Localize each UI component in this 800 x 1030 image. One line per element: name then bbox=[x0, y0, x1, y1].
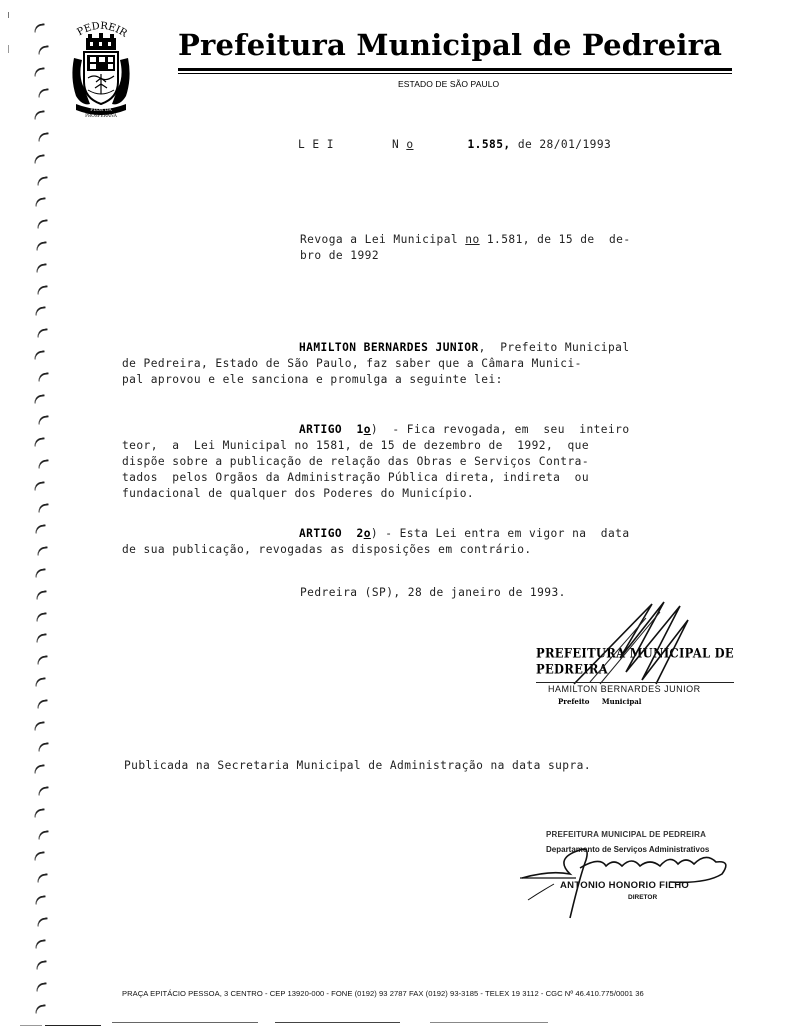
footer-rule bbox=[20, 1025, 42, 1026]
binder-mark bbox=[37, 503, 49, 512]
punch-dot bbox=[8, 45, 9, 53]
publication-note: Publicada na Secretaria Municipal de Adm… bbox=[124, 758, 591, 774]
binder-mark bbox=[36, 219, 48, 228]
footer-address: PRAÇA EPITÁCIO PESSOA, 3 CENTRO - CEP 13… bbox=[122, 989, 644, 998]
article-1-line: tados pelos Orgãos da Administração Públ… bbox=[122, 471, 589, 484]
binder-mark bbox=[35, 307, 47, 316]
preamble-line3: pal aprovou e ele sanciona e promulga a … bbox=[122, 373, 503, 386]
article-2: ARTIGO 2o) - Esta Lei entra em vigor na … bbox=[122, 526, 630, 558]
mayor-signature-scribble bbox=[560, 598, 700, 688]
footer-rule bbox=[112, 1022, 258, 1023]
law-number-label: N bbox=[392, 138, 399, 151]
binder-mark bbox=[34, 350, 46, 359]
binder-mark bbox=[37, 176, 49, 185]
binder-mark bbox=[35, 198, 47, 207]
binder-mark bbox=[36, 285, 48, 294]
punch-dot bbox=[8, 12, 9, 18]
article-1-ordinal: o bbox=[364, 423, 371, 436]
footer-rule bbox=[430, 1022, 548, 1023]
article-2-line1: ) - Esta Lei entra em vigor na data bbox=[371, 527, 630, 540]
binder-mark bbox=[35, 568, 47, 577]
binder-mark bbox=[37, 830, 49, 839]
binder-mark bbox=[33, 67, 45, 76]
director-printed-name: ANTONIO HONORIO FILHO bbox=[560, 880, 689, 891]
article-1-number: 1 bbox=[357, 423, 364, 436]
letterhead-rule-thin bbox=[178, 73, 732, 74]
article-1: ARTIGO 1o) - Fica revogada, em seu intei… bbox=[122, 422, 630, 502]
binder-mark bbox=[34, 764, 46, 773]
article-2-ordinal: o bbox=[364, 527, 371, 540]
binder-mark bbox=[36, 590, 48, 599]
article-2-line: de sua publicação, revogadas as disposiç… bbox=[122, 543, 532, 556]
law-summary: Revoga a Lei Municipal no 1.581, de 15 d… bbox=[300, 232, 631, 264]
mayor-printed-name: HAMILTON BERNARDES JUNIOR bbox=[548, 684, 701, 694]
article-2-heading: ARTIGO bbox=[299, 527, 342, 540]
binder-mark bbox=[34, 721, 46, 730]
binder-mark bbox=[37, 328, 49, 337]
mayor-role: Prefeito Municipal bbox=[558, 697, 641, 706]
article-1-line: dispõe sobre a publicação de relação das… bbox=[122, 455, 589, 468]
binder-mark bbox=[37, 459, 49, 468]
binder-mark bbox=[35, 634, 47, 643]
dateline: Pedreira (SP), 28 de janeiro de 1993. bbox=[300, 585, 566, 601]
law-title: L E IN o1.585, de 28/01/1993 bbox=[298, 137, 611, 153]
binder-mark bbox=[34, 895, 46, 904]
letterhead-rule bbox=[178, 68, 732, 71]
binder-mark bbox=[34, 525, 46, 534]
binder-mark bbox=[37, 416, 49, 425]
mayor-name: HAMILTON BERNARDES JUNIOR bbox=[299, 341, 479, 354]
article-1-line1: ) - Fica revogada, em seu inteiro bbox=[371, 423, 630, 436]
crest-bottom-text-2: PROSPERANA bbox=[85, 114, 118, 119]
article-1-line: teor, a Lei Municipal no 1581, de 15 de … bbox=[122, 439, 589, 452]
letterhead-state: ESTADO DE SÃO PAULO bbox=[398, 79, 499, 89]
municipal-crest-logo: PEDREIRA FLOR DA PROSPERANA bbox=[70, 18, 132, 120]
law-date: de 28/01/1993 bbox=[518, 138, 611, 151]
preamble: HAMILTON BERNARDES JUNIOR, Prefeito Muni… bbox=[122, 340, 630, 388]
binder-mark bbox=[36, 917, 48, 926]
binder-mark bbox=[34, 394, 46, 403]
preamble-line2: de Pedreira, Estado de São Paulo, faz sa… bbox=[122, 357, 582, 370]
binder-mark bbox=[35, 263, 47, 272]
preamble-line1: , Prefeito Municipal bbox=[479, 341, 630, 354]
mayor-signature-line bbox=[536, 682, 734, 683]
binder-mark bbox=[37, 873, 49, 882]
binder-mark bbox=[34, 154, 46, 163]
summary-text-line2: bro de 1992 bbox=[300, 249, 379, 262]
binder-mark bbox=[35, 1004, 47, 1013]
crest-bottom-text-1: FLOR DA bbox=[90, 107, 112, 113]
binder-mark bbox=[33, 437, 45, 446]
summary-no: no bbox=[465, 233, 479, 246]
binder-mark bbox=[34, 481, 46, 490]
law-number-ordinal: o bbox=[406, 138, 413, 151]
binder-mark bbox=[34, 110, 46, 119]
binder-mark bbox=[36, 612, 48, 621]
letterhead-title: Prefeitura Municipal de Pedreira bbox=[178, 28, 722, 62]
binder-mark bbox=[36, 655, 48, 664]
footer-rule bbox=[45, 1025, 101, 1026]
binder-mark bbox=[34, 677, 46, 686]
director-role: DIRETOR bbox=[628, 894, 657, 901]
binder-mark bbox=[34, 23, 46, 32]
article-1-line: fundacional de qualquer dos Poderes do M… bbox=[122, 487, 474, 500]
law-number: 1.585, bbox=[468, 138, 511, 151]
binder-mark bbox=[35, 939, 47, 948]
binder-mark bbox=[37, 89, 49, 98]
article-2-number: 2 bbox=[357, 527, 364, 540]
law-label: L E I bbox=[298, 138, 334, 151]
binder-mark bbox=[37, 546, 49, 555]
binder-mark bbox=[36, 982, 48, 991]
summary-text-cont: 1.581, de 15 de de- bbox=[480, 233, 631, 246]
binder-mark bbox=[34, 852, 46, 861]
footer-rule bbox=[275, 1022, 400, 1023]
summary-text: Revoga a Lei Municipal bbox=[300, 233, 465, 246]
binder-mark bbox=[37, 45, 49, 54]
binder-mark bbox=[37, 372, 49, 381]
article-1-heading: ARTIGO bbox=[299, 423, 342, 436]
binder-mark bbox=[34, 808, 46, 817]
binder-mark bbox=[37, 786, 49, 795]
binder-mark bbox=[37, 132, 49, 141]
binder-mark bbox=[36, 961, 48, 970]
binder-mark bbox=[37, 699, 49, 708]
binder-mark bbox=[37, 743, 49, 752]
department-stamp-line1: PREFEITURA MUNICIPAL DE PEDREIRA bbox=[546, 830, 706, 839]
binder-mark bbox=[35, 241, 47, 250]
